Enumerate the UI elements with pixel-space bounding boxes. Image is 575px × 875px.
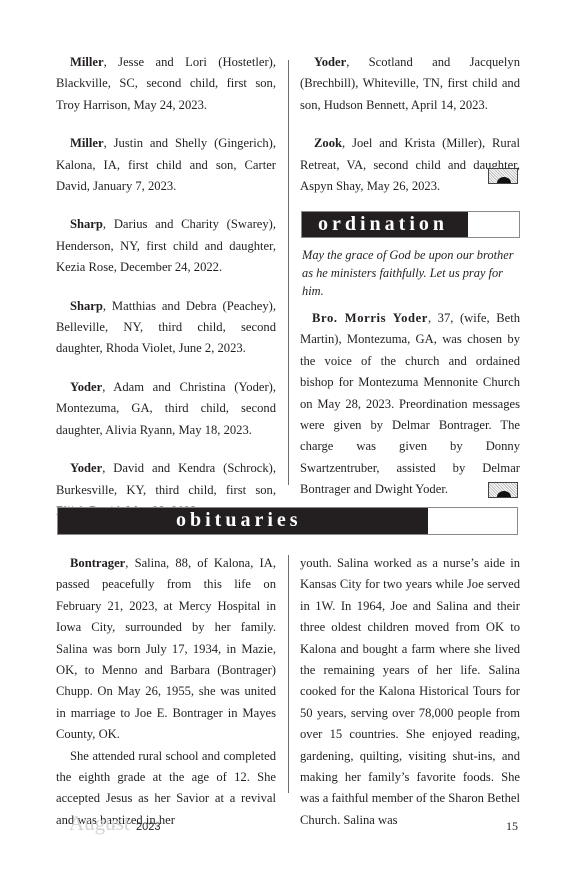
page-number: 15 xyxy=(506,819,518,834)
ordination-name: Bro. Morris Yoder xyxy=(312,311,428,325)
sunrise-ornament-icon xyxy=(488,482,518,498)
entry-surname: Miller xyxy=(70,136,104,150)
sunrise-ornament-icon xyxy=(488,168,518,184)
obituary-paragraph: youth. Salina worked as a nurse’s aide i… xyxy=(300,553,520,831)
birth-entry: Yoder, Adam and Christina (Yoder), Monte… xyxy=(56,377,276,441)
column-divider-bottom xyxy=(288,555,289,793)
birth-entry: Miller, Jesse and Lori (Hostetler), Blac… xyxy=(56,52,276,116)
obituaries-heading: obituaries xyxy=(57,507,518,535)
entry-surname: Yoder xyxy=(70,380,102,394)
entry-surname: Sharp xyxy=(70,299,103,313)
ordination-prayer: May the grace of God be upon our brother… xyxy=(302,246,522,300)
birth-entry: Sharp, Darius and Charity (Swarey), Hend… xyxy=(56,214,276,278)
birth-entry: Zook, Joel and Krista (Miller), Rural Re… xyxy=(300,133,520,197)
birth-entry: Yoder, Scotland and Jacquelyn (Brechbill… xyxy=(300,52,520,116)
entry-surname: Miller xyxy=(70,55,104,69)
column-divider-top xyxy=(288,60,289,485)
obituary-name: Bontrager xyxy=(70,556,125,570)
entry-surname: Sharp xyxy=(70,217,103,231)
birth-entry: Sharp, Matthias and Debra (Peachey), Bel… xyxy=(56,296,276,360)
footer-month: August xyxy=(69,811,130,836)
entry-surname: Zook xyxy=(314,136,342,150)
ordination-heading: ordination xyxy=(301,211,520,238)
obituary-column-left: Bontrager, Salina, 88, of Kalona, IA, pa… xyxy=(56,553,276,831)
footer-year: 2023 xyxy=(136,821,160,833)
obituaries-heading-text: obituaries xyxy=(176,509,302,532)
obituary-column-right: youth. Salina worked as a nurse’s aide i… xyxy=(300,553,520,831)
ordination-heading-text: ordination xyxy=(318,213,448,236)
birth-entry: Miller, Justin and Shelly (Gingerich), K… xyxy=(56,133,276,197)
ordination-entry: Bro. Morris Yoder, 37, (wife, Beth Marti… xyxy=(300,308,520,501)
entry-surname: Yoder xyxy=(70,461,102,475)
entry-surname: Yoder xyxy=(314,55,346,69)
births-column-right: Yoder, Scotland and Jacquelyn (Brechbill… xyxy=(300,52,520,214)
obituary-paragraph: Bontrager, Salina, 88, of Kalona, IA, pa… xyxy=(56,553,276,746)
births-column-left: Miller, Jesse and Lori (Hostetler), Blac… xyxy=(56,52,276,539)
